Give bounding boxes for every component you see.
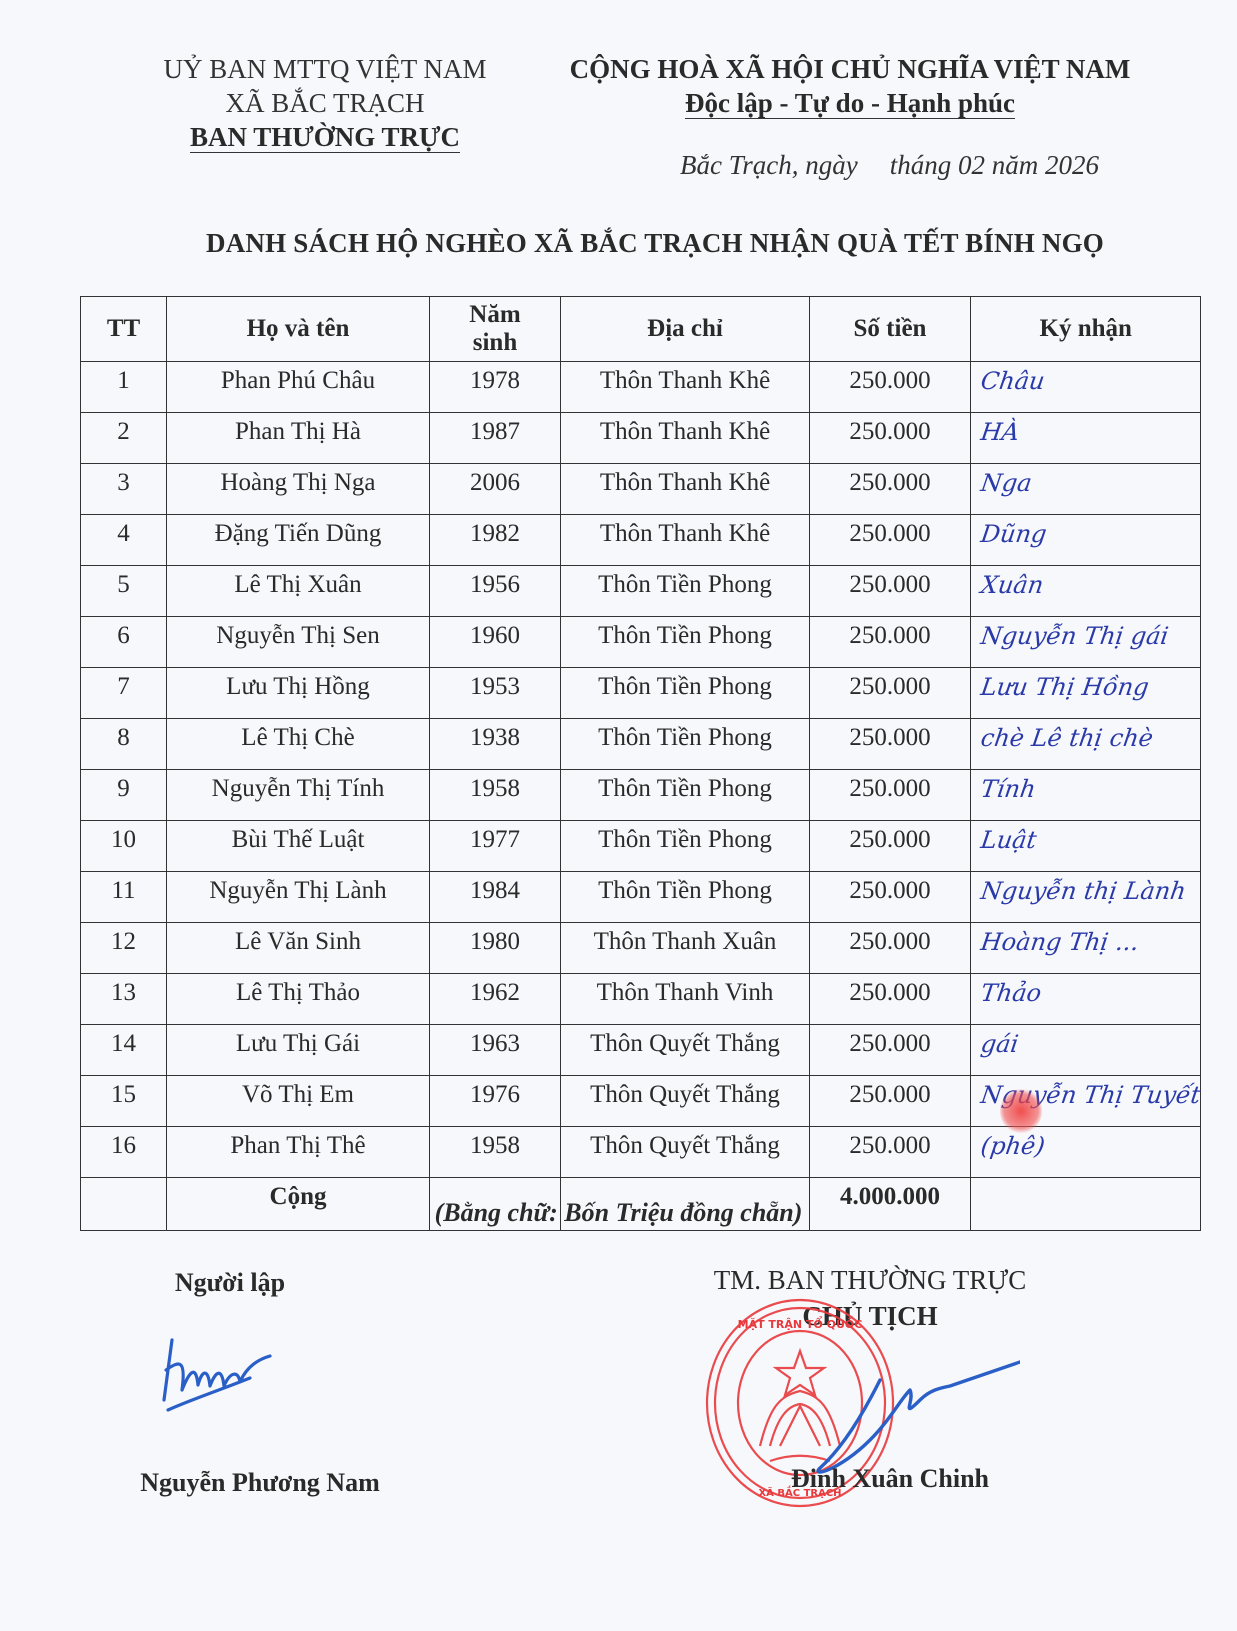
row-signature: chè Lê thị chè [969, 723, 1155, 753]
row-amount: 250.000 [810, 464, 971, 515]
row-signature-cell: (phê) [971, 1127, 1201, 1178]
row-address: Thôn Tiền Phong [561, 821, 810, 872]
row-number: 3 [81, 464, 167, 515]
row-name: Bùi Thế Luật [167, 821, 430, 872]
row-name: Lưu Thị Hồng [167, 668, 430, 719]
table-row: 6Nguyễn Thị Sen1960Thôn Tiền Phong250.00… [81, 617, 1201, 668]
row-birth-year: 1958 [430, 1127, 561, 1178]
row-signature-cell: Hoàng Thị ... [971, 923, 1201, 974]
row-signature-cell: Xuân [971, 566, 1201, 617]
row-signature: Thảo [969, 978, 1043, 1008]
row-name: Phan Phú Châu [167, 362, 430, 413]
row-amount: 250.000 [810, 413, 971, 464]
row-signature: Luật [969, 825, 1039, 855]
row-name: Lê Thị Thảo [167, 974, 430, 1025]
table-row: 13Lê Thị Thảo1962Thôn Thanh Vinh250.000T… [81, 974, 1201, 1025]
row-name: Đặng Tiến Dũng [167, 515, 430, 566]
header-amount: Số tiền [810, 297, 971, 362]
row-address: Thôn Tiền Phong [561, 719, 810, 770]
row-address: Thôn Quyết Thắng [561, 1127, 810, 1178]
row-amount: 250.000 [810, 770, 971, 821]
row-signature-cell: Dũng [971, 515, 1201, 566]
row-birth-year: 1962 [430, 974, 561, 1025]
table-row: 4Đặng Tiến Dũng1982Thôn Thanh Khê250.000… [81, 515, 1201, 566]
row-signature-cell: HÀ [971, 413, 1201, 464]
header-name: Họ và tên [167, 297, 430, 362]
row-name: Phan Thị Thê [167, 1127, 430, 1178]
row-signature: Dũng [969, 519, 1049, 549]
agency-line-2: XÃ BẮC TRẠCH [140, 86, 510, 120]
row-amount: 250.000 [810, 821, 971, 872]
row-signature-cell: Nguyễn Thị gái [971, 617, 1201, 668]
preparer-signature-icon [160, 1330, 280, 1425]
row-address: Thôn Tiền Phong [561, 617, 810, 668]
row-address: Thôn Thanh Khê [561, 515, 810, 566]
row-amount: 250.000 [810, 1025, 971, 1076]
row-signature-cell: Tính [971, 770, 1201, 821]
row-address: Thôn Quyết Thắng [561, 1076, 810, 1127]
row-number: 7 [81, 668, 167, 719]
row-signature: Nguyễn Thị gái [969, 621, 1171, 651]
row-amount: 250.000 [810, 923, 971, 974]
header-birth-year: Năm sinh [430, 297, 561, 362]
row-number: 5 [81, 566, 167, 617]
row-amount: 250.000 [810, 362, 971, 413]
row-amount: 250.000 [810, 872, 971, 923]
row-birth-year: 1956 [430, 566, 561, 617]
row-signature-cell: Châu [971, 362, 1201, 413]
table-header-row: TT Họ và tên Năm sinh Địa chỉ Số tiền Ký… [81, 297, 1201, 362]
row-address: Thôn Tiền Phong [561, 872, 810, 923]
row-signature-cell: Luật [971, 821, 1201, 872]
row-number: 6 [81, 617, 167, 668]
row-signature: Hoàng Thị ... [969, 927, 1141, 957]
row-name: Nguyễn Thị Lành [167, 872, 430, 923]
seal-ink-mark [1000, 1088, 1042, 1134]
national-title: CỘNG HOÀ XÃ HỘI CHỦ NGHĨA VIỆT NAM [540, 52, 1160, 86]
row-name: Võ Thị Em [167, 1076, 430, 1127]
table-row: 2Phan Thị Hà1987Thôn Thanh Khê250.000HÀ [81, 413, 1201, 464]
row-address: Thôn Thanh Khê [561, 362, 810, 413]
row-name: Nguyễn Thị Sen [167, 617, 430, 668]
row-birth-year: 2006 [430, 464, 561, 515]
row-amount: 250.000 [810, 617, 971, 668]
row-address: Thôn Tiền Phong [561, 770, 810, 821]
table-row: 8Lê Thị Chè1938Thôn Tiền Phong250.000chè… [81, 719, 1201, 770]
row-birth-year: 1977 [430, 821, 561, 872]
row-amount: 250.000 [810, 566, 971, 617]
row-signature-cell: Nga [971, 464, 1201, 515]
header-birth-year-text: Năm sinh [465, 301, 525, 357]
row-signature-cell: gái [971, 1025, 1201, 1076]
row-birth-year: 1963 [430, 1025, 561, 1076]
row-number: 1 [81, 362, 167, 413]
row-name: Phan Thị Hà [167, 413, 430, 464]
row-name: Hoàng Thị Nga [167, 464, 430, 515]
header-tt: TT [81, 297, 167, 362]
row-signature: (phê) [969, 1131, 1047, 1161]
table-row: 3Hoàng Thị Nga2006Thôn Thanh Khê250.000N… [81, 464, 1201, 515]
row-birth-year: 1938 [430, 719, 561, 770]
row-amount: 250.000 [810, 719, 971, 770]
row-signature: Xuân [969, 570, 1046, 600]
row-amount: 250.000 [810, 668, 971, 719]
table-row: 16Phan Thị Thê1958Thôn Quyết Thắng250.00… [81, 1127, 1201, 1178]
row-amount: 250.000 [810, 515, 971, 566]
row-birth-year: 1976 [430, 1076, 561, 1127]
document-title: DANH SÁCH HỘ NGHÈO XÃ BẮC TRẠCH NHẬN QUÀ… [0, 228, 1237, 259]
row-signature: Tính [969, 774, 1038, 804]
table-row: 1Phan Phú Châu1978Thôn Thanh Khê250.000C… [81, 362, 1201, 413]
row-amount: 250.000 [810, 974, 971, 1025]
chair-signature-icon [780, 1360, 1020, 1480]
row-number: 13 [81, 974, 167, 1025]
row-number: 4 [81, 515, 167, 566]
dateline: Bắc Trạch, ngàytháng 02 năm 2026 [680, 150, 1099, 181]
row-signature: gái [969, 1029, 1021, 1059]
row-birth-year: 1982 [430, 515, 561, 566]
row-number: 9 [81, 770, 167, 821]
national-motto: Độc lập - Tự do - Hạnh phúc [685, 88, 1015, 119]
row-signature: Nga [969, 468, 1034, 498]
table-row: 10Bùi Thế Luật1977Thôn Tiền Phong250.000… [81, 821, 1201, 872]
row-birth-year: 1984 [430, 872, 561, 923]
row-address: Thôn Tiền Phong [561, 668, 810, 719]
table-row: 9Nguyễn Thị Tính1958Thôn Tiền Phong250.0… [81, 770, 1201, 821]
row-number: 12 [81, 923, 167, 974]
row-birth-year: 1953 [430, 668, 561, 719]
table-row: 5Lê Thị Xuân1956Thôn Tiền Phong250.000Xu… [81, 566, 1201, 617]
row-address: Thôn Thanh Khê [561, 413, 810, 464]
row-address: Thôn Thanh Khê [561, 464, 810, 515]
preparer-name: Nguyễn Phương Nam [110, 1468, 410, 1498]
national-header: CỘNG HOÀ XÃ HỘI CHỦ NGHĨA VIỆT NAM Độc l… [540, 52, 1160, 120]
row-signature-cell: Thảo [971, 974, 1201, 1025]
row-number: 2 [81, 413, 167, 464]
row-number: 16 [81, 1127, 167, 1178]
row-birth-year: 1978 [430, 362, 561, 413]
header-address: Địa chỉ [561, 297, 810, 362]
table-row: 12Lê Văn Sinh1980Thôn Thanh Xuân250.000H… [81, 923, 1201, 974]
row-number: 8 [81, 719, 167, 770]
row-name: Lê Thị Chè [167, 719, 430, 770]
row-birth-year: 1958 [430, 770, 561, 821]
row-number: 11 [81, 872, 167, 923]
recipient-table: TT Họ và tên Năm sinh Địa chỉ Số tiền Ký… [80, 296, 1201, 1231]
row-name: Lê Văn Sinh [167, 923, 430, 974]
preparer-label: Người lập [130, 1268, 330, 1298]
issuing-agency-header: UỶ BAN MTTQ VIỆT NAM XÃ BẮC TRẠCH BAN TH… [140, 52, 510, 154]
amount-in-words: (Bằng chữ: Bốn Triệu đồng chẵn) [0, 1198, 1237, 1228]
row-amount: 250.000 [810, 1127, 971, 1178]
agency-line-3: BAN THƯỜNG TRỰC [190, 122, 460, 153]
row-number: 10 [81, 821, 167, 872]
row-birth-year: 1980 [430, 923, 561, 974]
row-signature: HÀ [969, 417, 1021, 447]
row-amount: 250.000 [810, 1076, 971, 1127]
chair-on-behalf: TM. BAN THƯỜNG TRỰC [690, 1262, 1050, 1298]
row-number: 14 [81, 1025, 167, 1076]
row-birth-year: 1987 [430, 413, 561, 464]
row-birth-year: 1960 [430, 617, 561, 668]
agency-line-1: UỶ BAN MTTQ VIỆT NAM [140, 52, 510, 86]
header-signature: Ký nhận [971, 297, 1201, 362]
table-row: 11Nguyễn Thị Lành1984Thôn Tiền Phong250.… [81, 872, 1201, 923]
row-signature: Châu [969, 366, 1047, 396]
row-address: Thôn Quyết Thắng [561, 1025, 810, 1076]
row-signature-cell: chè Lê thị chè [971, 719, 1201, 770]
row-address: Thôn Tiền Phong [561, 566, 810, 617]
svg-text:MẶT TRẬN TỔ QUỐC: MẶT TRẬN TỔ QUỐC [738, 1316, 863, 1331]
row-number: 15 [81, 1076, 167, 1127]
row-name: Lê Thị Xuân [167, 566, 430, 617]
row-signature: Lưu Thị Hồng [969, 672, 1151, 702]
dateline-place-day: Bắc Trạch, ngày [680, 150, 858, 180]
row-signature-cell: Lưu Thị Hồng [971, 668, 1201, 719]
row-name: Nguyễn Thị Tính [167, 770, 430, 821]
row-address: Thôn Thanh Xuân [561, 923, 810, 974]
dateline-month-year: tháng 02 năm 2026 [890, 150, 1099, 180]
table-row: 14Lưu Thị Gái1963Thôn Quyết Thắng250.000… [81, 1025, 1201, 1076]
row-address: Thôn Thanh Vinh [561, 974, 810, 1025]
chair-name: Đinh Xuân Chinh [770, 1464, 1010, 1494]
row-name: Lưu Thị Gái [167, 1025, 430, 1076]
row-signature: Nguyễn thị Lành [969, 876, 1188, 906]
row-signature-cell: Nguyễn thị Lành [971, 872, 1201, 923]
table-row: 7Lưu Thị Hồng1953Thôn Tiền Phong250.000L… [81, 668, 1201, 719]
